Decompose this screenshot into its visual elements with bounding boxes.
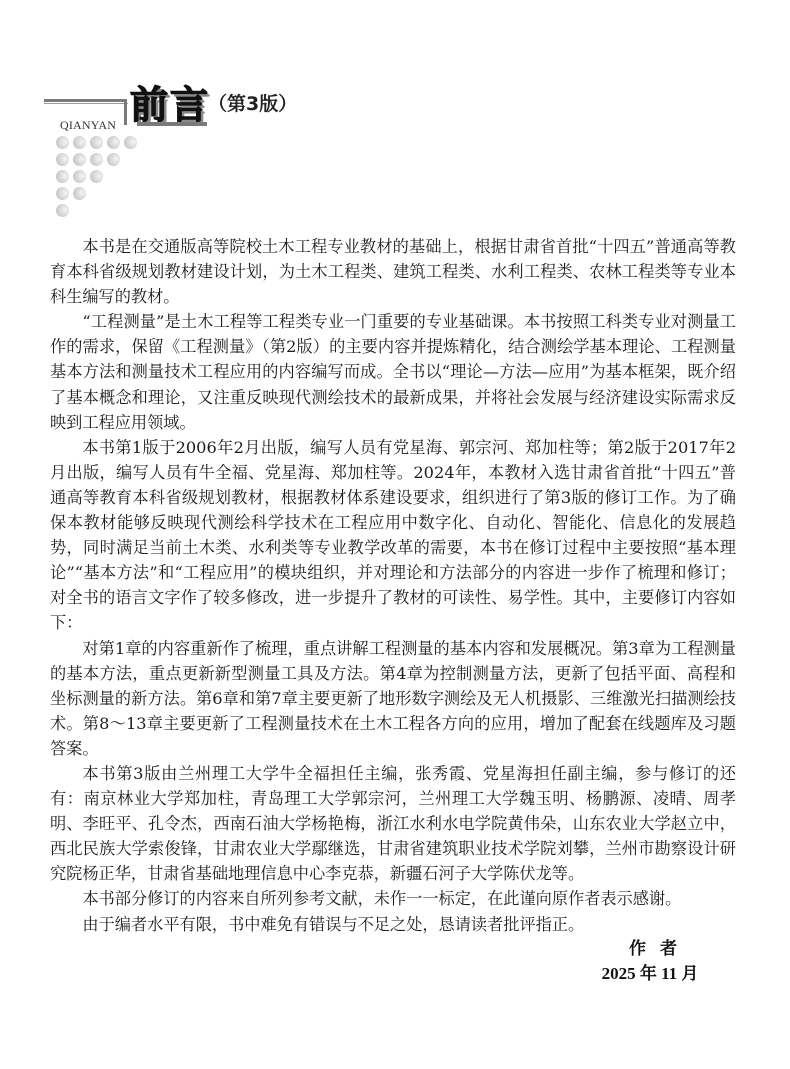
signature-block: 作者 2025 年 11 月 (560, 936, 740, 986)
title-pinyin: QIANYAN (60, 118, 116, 133)
dot-icon (56, 187, 69, 200)
dot-icon (90, 153, 103, 166)
preface-body: 本书是在交通版高等院校土木工程专业教材的基础上，根据甘肃省首批“十四五”普通高等… (50, 234, 736, 937)
paragraph-contributors: 本书第3版由兰州理工大学牛全福担任主编，张秀霞、党星海担任副主编，参与修订的还有… (50, 761, 736, 886)
header-rule-left-thin (44, 103, 128, 104)
dot-icon (107, 136, 120, 149)
signature-author: 作者 (560, 936, 740, 961)
signature-date: 2025 年 11 月 (560, 961, 740, 986)
dot-icon (90, 170, 103, 183)
dot-icon (73, 187, 86, 200)
paragraph-intro: 本书是在交通版高等院校土木工程专业教材的基础上，根据甘肃省首批“十四五”普通高等… (50, 234, 736, 309)
dot-icon (73, 153, 86, 166)
dot-icon (56, 204, 69, 217)
header-rule-left (44, 99, 124, 102)
dot-icon (73, 170, 86, 183)
edition-label: （第3版） (208, 90, 297, 118)
preface-header: 前言 （第3版） QIANYAN (0, 0, 790, 230)
page-title: 前言 (130, 84, 210, 126)
dot-icon (73, 136, 86, 149)
title-underline (137, 122, 207, 126)
dot-icon (56, 170, 69, 183)
dot-icon (90, 136, 103, 149)
dot-icon (107, 153, 120, 166)
paragraph-course: “工程测量”是土木工程等工程类专业一门重要的专业基础课。本书按照工科类专业对测量… (50, 309, 736, 434)
paragraph-editions: 本书第1版于2006年2月出版，编写人员有党星海、郭宗河、郑加柱等；第2版于20… (50, 435, 736, 636)
dot-icon (124, 136, 137, 149)
paragraph-revisions: 对第1章的内容重新作了梳理，重点讲解工程测量的基本内容和发展概况。第3章为工程测… (50, 636, 736, 761)
header-rule-vertical (124, 99, 127, 125)
paragraph-acknowledgement: 本书部分修订的内容来自所列参考文献，未作一一标定，在此谨向原作者表示感谢。 (50, 886, 736, 911)
dot-icon (56, 153, 69, 166)
paragraph-disclaimer: 由于编者水平有限，书中难免有错误与不足之处，恳请读者批评指正。 (50, 912, 736, 937)
dot-icon (56, 136, 69, 149)
